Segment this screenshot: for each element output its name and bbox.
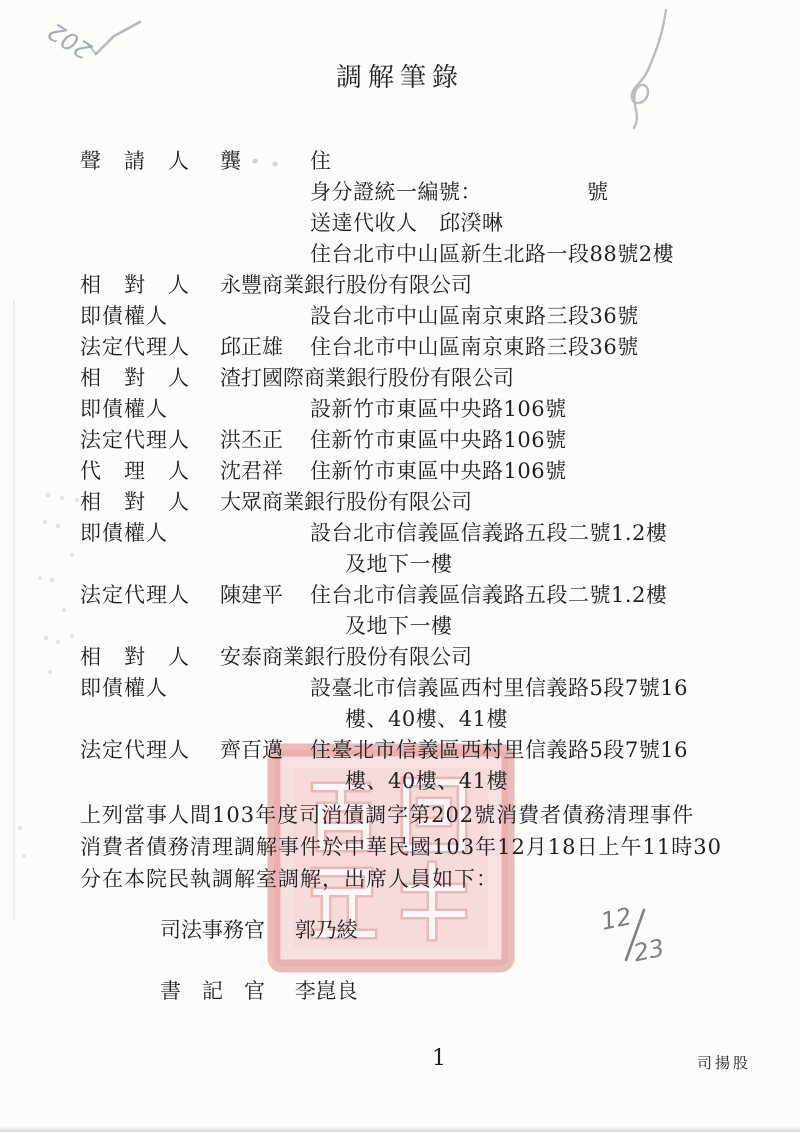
party-name [220,394,310,425]
party-row: 住台北市中山區新生北路一段88號2樓 [80,239,760,270]
party-role-label: 即債權人 [80,518,220,549]
party-row: 送達代收人 邱湀晽 [80,208,760,239]
division-label: 司揚股 [697,1052,751,1073]
party-name: 永豐商業銀行股份有限公司 [220,270,472,301]
scan-edge-bottom [0,1126,800,1132]
party-row: 相 對 人 渣打國際商業銀行股份有限公司 [80,363,760,394]
party-role-label [80,177,220,208]
party-row: 樓、40樓、41樓 [80,704,760,735]
paragraph-line: 消費者債務清理調解事件於中華民國103年12月18日上午11時30 [80,831,745,863]
svg-text:23: 23 [631,934,667,968]
party-name [220,673,310,704]
attendee-judicial-officer: 司法事務官 郭乃綾 [160,917,358,943]
party-role-label [80,239,220,270]
party-address: 設台北市信義區信義路五段二號1.2樓 [310,518,667,549]
party-address: 設新竹市東區中央路106號 [310,394,567,425]
party-address: 樓、40樓、41樓 [345,704,508,735]
party-name [220,239,310,270]
party-address: 住台北市中山區南京東路三段36號 [310,332,639,363]
party-address: 住新竹市東區中央路106號 [310,456,567,487]
party-row: 即債權人 設台北市中山區南京東路三段36號 [80,301,760,332]
party-row: 聲 請 人 龔 住 [80,146,760,177]
party-role-label: 法定代理人 [80,425,220,456]
party-role-label: 即債權人 [80,301,220,332]
party-role-label: 法定代理人 [80,580,220,611]
party-name [220,177,310,208]
paragraph-line: 分在本院民執調解室調解，出席人員如下： [80,863,745,895]
party-role-label: 即債權人 [80,673,220,704]
party-role-label: 相 對 人 [80,487,220,518]
party-role-label: 聲 請 人 [80,146,220,177]
party-role-label: 代 理 人 [80,456,220,487]
party-name: 沈君祥 [220,456,310,487]
party-address: 身分證統一編號： [310,177,482,208]
scanned-court-document: 202 12 23 調解筆錄 [0,0,800,1132]
svg-text:202: 202 [44,17,97,65]
party-address: 住 [310,146,332,177]
party-row: 法定代理人 齊百邁 住臺北市信義區西村里信義路5段7號16 [80,735,760,766]
svg-text:12: 12 [598,902,634,936]
attendee-clerk: 書 記 官 李崑良 [160,978,358,1004]
party-rows: 聲 請 人 龔 住 身分證統一編號： 號 送達代收人 邱湀晽 住台北市中山區新生… [80,146,760,797]
party-address: 住臺北市信義區西村里信義路5段7號16 [310,735,688,766]
party-row: 即債權人 設新竹市東區中央路106號 [80,394,760,425]
party-address: 送達代收人 邱湀晽 [310,208,504,239]
party-address-tail: 號 [587,177,608,208]
party-name: 渣打國際商業銀行股份有限公司 [220,363,514,394]
party-row: 相 對 人 永豐商業銀行股份有限公司 [80,270,760,301]
party-row: 及地下一樓 [80,549,760,580]
scan-edge-left [13,300,15,920]
party-address: 住台北市信義區信義路五段二號1.2樓 [310,580,667,611]
party-row: 法定代理人 洪丕正 住新竹市東區中央路106號 [80,425,760,456]
party-name: 安泰商業銀行股份有限公司 [220,642,472,673]
party-address: 及地下一樓 [345,549,453,580]
party-row: 及地下一樓 [80,611,760,642]
party-row: 身分證統一編號： 號 [80,177,760,208]
party-role-label: 相 對 人 [80,642,220,673]
party-row: 即債權人 設台北市信義區信義路五段二號1.2樓 [80,518,760,549]
party-row: 法定代理人 陳建平 住台北市信義區信義路五段二號1.2樓 [80,580,760,611]
paragraph-line: 上列當事人間103年度司消債調字第202號消費者債務清理事件 [80,799,745,831]
party-address: 住新竹市東區中央路106號 [310,425,567,456]
party-address: 設台北市中山區南京東路三段36號 [310,301,639,332]
attendee-name: 郭乃綾 [295,918,358,942]
attendee-role: 書 記 官 [160,978,288,1004]
party-name: 洪丕正 [220,425,310,456]
party-name: 龔 [220,146,310,177]
party-role-label [80,208,220,239]
party-role-label: 法定代理人 [80,332,220,363]
party-row: 相 對 人 安泰商業銀行股份有限公司 [80,642,760,673]
party-name: 齊百邁 [220,735,310,766]
handwritten-date-note: 12 23 [592,898,692,973]
page-number: 1 [432,1046,446,1071]
attendee-name: 李崑良 [295,979,358,1003]
party-row: 即債權人 設臺北市信義區西村里信義路5段7號16 [80,673,760,704]
case-summary-paragraph: 上列當事人間103年度司消債調字第202號消費者債務清理事件 消費者債務清理調解… [80,799,745,895]
party-address: 住台北市中山區新生北路一段88號2樓 [310,239,674,270]
party-address: 及地下一樓 [345,611,453,642]
handwritten-202-scribble: 202 [44,14,154,84]
pen-stroke-mark [598,4,688,134]
party-role-label: 即債權人 [80,394,220,425]
party-name: 邱正雄 [220,332,310,363]
party-row: 樓、40樓、41樓 [80,766,760,797]
party-row: 相 對 人 大眾商業銀行股份有限公司 [80,487,760,518]
party-role-label: 法定代理人 [80,735,220,766]
party-address: 樓、40樓、41樓 [345,766,508,797]
party-name [220,208,310,239]
party-name: 大眾商業銀行股份有限公司 [220,487,472,518]
party-name [220,518,310,549]
party-role-label: 相 對 人 [80,363,220,394]
party-address: 設臺北市信義區西村里信義路5段7號16 [310,673,688,704]
party-name: 陳建平 [220,580,310,611]
attendee-role: 司法事務官 [160,917,288,943]
party-role-label: 相 對 人 [80,270,220,301]
party-name [220,301,310,332]
party-row: 法定代理人 邱正雄 住台北市中山區南京東路三段36號 [80,332,760,363]
party-row: 代 理 人 沈君祥 住新竹市東區中央路106號 [80,456,760,487]
